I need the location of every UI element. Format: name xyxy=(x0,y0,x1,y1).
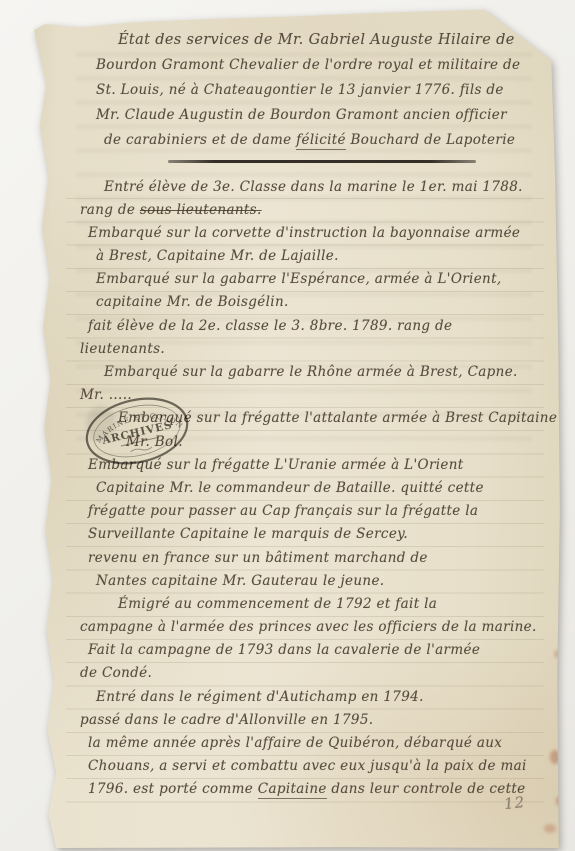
manuscript-line: Mr. Claude Augustin de Bourdon Gramont a… xyxy=(80,103,542,128)
manuscript-line: revenu en france sur un bâtiment marchan… xyxy=(80,547,542,570)
foxing-stain xyxy=(556,796,564,806)
manuscript-line: 1796. est porté comme Capitaine dans leu… xyxy=(80,778,542,801)
manuscript-line: campagne à l'armée des princes avec les … xyxy=(80,616,542,639)
manuscript-line: Nantes capitaine Mr. Gauterau le jeune. xyxy=(80,570,542,593)
manuscript-line: Chouans, a servi et combattu avec eux ju… xyxy=(80,755,542,778)
manuscript-line: frégatte pour passer au Cap français sur… xyxy=(80,500,542,523)
line-fragment: dans leur controle de cette xyxy=(327,781,526,797)
manuscript-line: à Brest, Capitaine Mr. de Lajaille. xyxy=(80,245,542,268)
manuscript-line: lieutenants. xyxy=(80,338,542,361)
manuscript-line: de Condé. xyxy=(80,662,542,685)
line-fragment: 1796. est porté comme xyxy=(88,781,258,797)
manuscript-line: Émigré au commencement de 1792 et fait l… xyxy=(80,593,542,616)
foxing-stain xyxy=(550,750,560,764)
manuscript-page: État des services de Mr. Gabriel Auguste… xyxy=(26,8,562,848)
pencil-page-number: 12 xyxy=(503,793,526,813)
stamp-center-text: ARCHIVES xyxy=(100,419,174,447)
underlined-word: félicité xyxy=(296,132,346,150)
manuscript-line: St. Louis, né à Chateaugontier le 13 jan… xyxy=(80,78,542,103)
ink-divider-rule xyxy=(168,160,476,163)
paper-sheet: État des services de Mr. Gabriel Auguste… xyxy=(26,8,562,848)
manuscript-line: passé dans le cadre d'Allonville en 1795… xyxy=(80,709,542,732)
manuscript-line: Embarqué sur la gabarre l'Espérance, arm… xyxy=(80,268,542,291)
struck-word: sous lieutenants. xyxy=(140,202,262,218)
manuscript-line: Fait la campagne de 1793 dans la cavaler… xyxy=(80,639,542,662)
manuscript-line: Entré élève de 3e. Classe dans la marine… xyxy=(80,176,542,199)
manuscript-line: Embarqué sur la gabarre le Rhône armée à… xyxy=(80,361,542,384)
manuscript-line: Capitaine Mr. le commandeur de Bataille.… xyxy=(80,477,542,500)
line-fragment: rang de xyxy=(80,202,140,218)
manuscript-line: fait élève de la 2e. classe le 3. 8bre. … xyxy=(80,315,542,338)
foxing-stain xyxy=(554,650,561,658)
manuscript-line: rang de sous lieutenants. xyxy=(80,199,542,222)
manuscript-line: capitaine Mr. de Boisgélin. xyxy=(80,291,542,314)
manuscript-line: la même année après l'affaire de Quibéro… xyxy=(80,732,542,755)
line-fragment: de carabiniers et de dame xyxy=(104,132,296,148)
manuscript-line: État des services de Mr. Gabriel Auguste… xyxy=(80,28,542,53)
scan-background: État des services de Mr. Gabriel Auguste… xyxy=(0,0,575,851)
manuscript-line: Surveillante Capitaine le marquis de Ser… xyxy=(80,523,542,546)
manuscript-line: Bourdon Gramont Chevalier de l'ordre roy… xyxy=(80,53,542,78)
manuscript-line: Entré dans le régiment d'Autichamp en 17… xyxy=(80,686,542,709)
manuscript-line: de carabiniers et de dame félicité Bouch… xyxy=(80,128,542,153)
line-fragment: Bouchard de Lapoterie xyxy=(346,132,515,148)
foxing-stain xyxy=(544,824,556,833)
manuscript-line: Embarqué sur la corvette d'instruction l… xyxy=(80,222,542,245)
underlined-word: Capitaine xyxy=(258,781,327,799)
